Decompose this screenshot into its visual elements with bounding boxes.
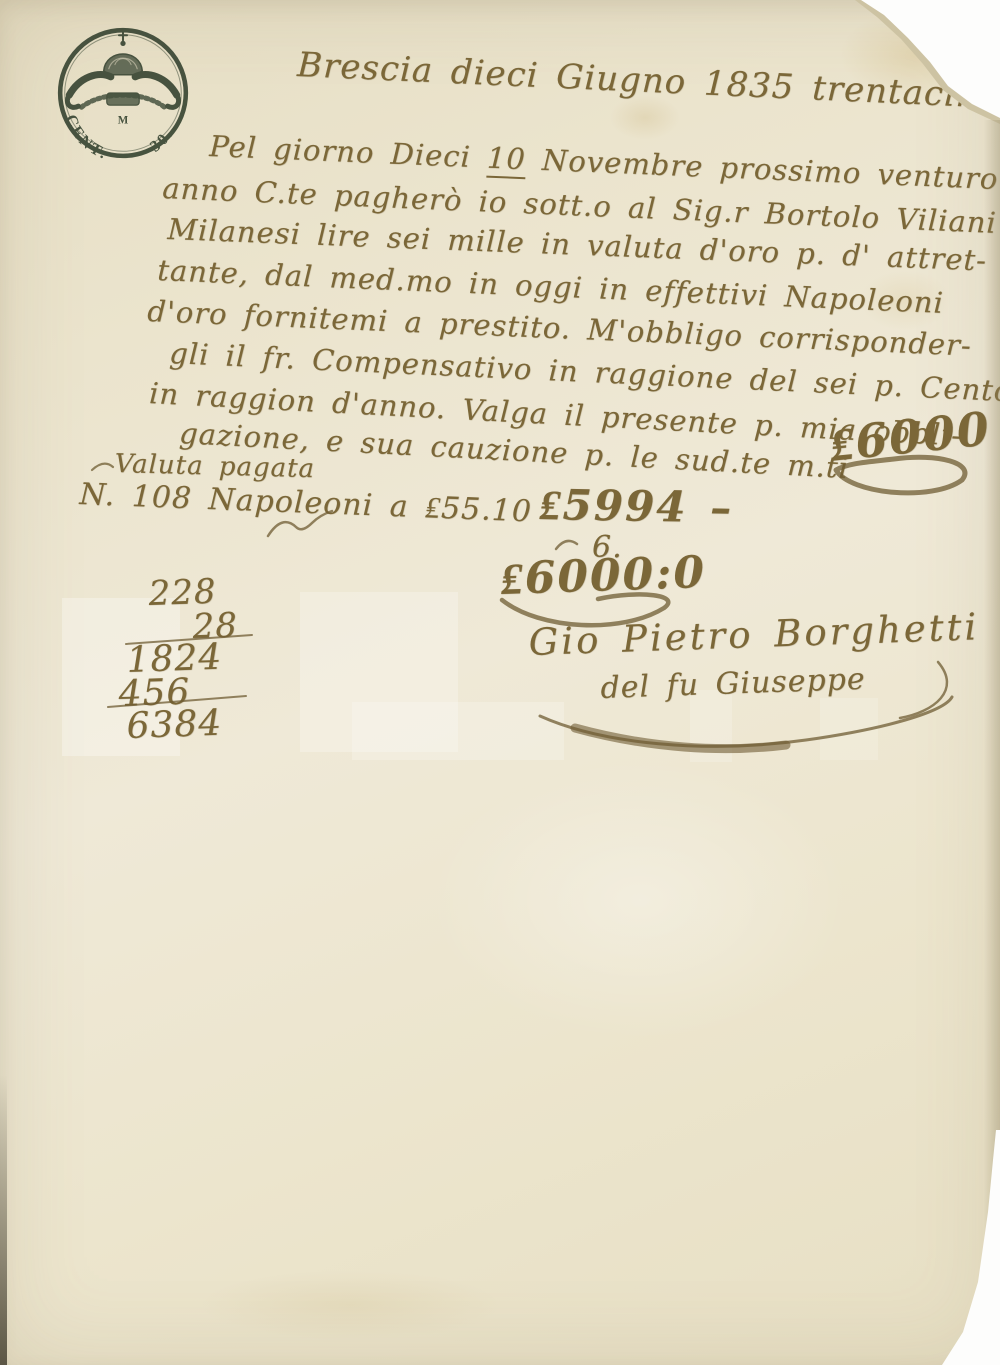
signature-patronymic: del fu Giuseppe bbox=[600, 665, 866, 704]
amount-subtotal-5994: ₤5994 – bbox=[539, 484, 733, 529]
scanned-document: { "stamp": { "value_text": "CENT.", "val… bbox=[0, 0, 1000, 1365]
svg-text:CENT.: CENT. bbox=[62, 112, 111, 163]
stamp-monogram: M bbox=[118, 114, 129, 126]
crown-icon bbox=[104, 54, 143, 75]
revenue-stamp: M CENT. 30. bbox=[48, 16, 198, 166]
stamp-cent-label: CENT. bbox=[62, 112, 111, 163]
body-line-9-valuta-pagata: Valuta pagata bbox=[114, 451, 315, 482]
cross-orb-icon bbox=[119, 31, 127, 46]
stamp-cartouche bbox=[107, 93, 139, 105]
body-line-1-underlined-day: 10 bbox=[486, 141, 526, 180]
calc-product: 6384 bbox=[126, 706, 223, 745]
amount-total-6000: ₤6000:0 bbox=[500, 551, 707, 602]
